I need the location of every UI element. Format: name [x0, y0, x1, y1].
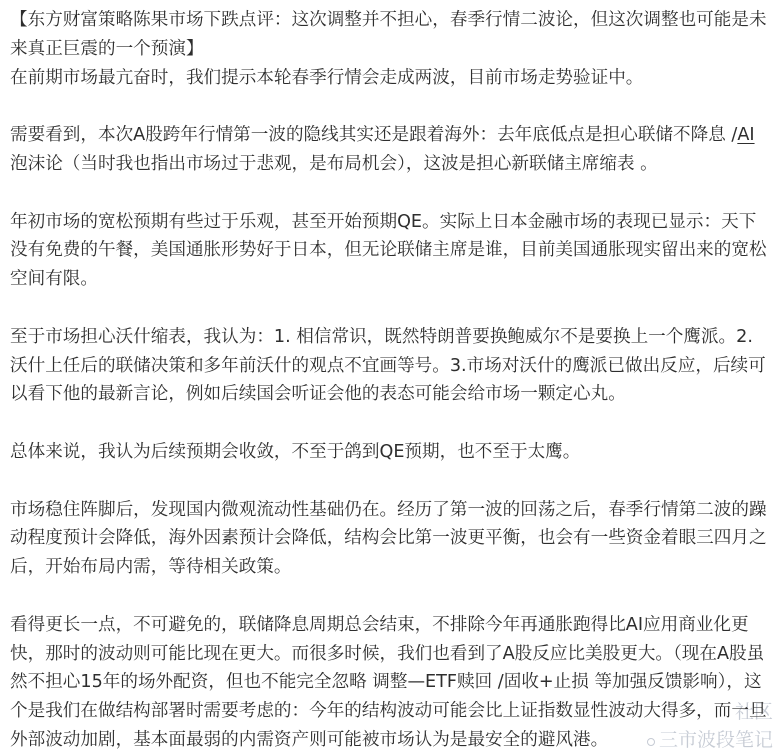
- ai-underlined-text: AI: [737, 125, 754, 145]
- paragraph-warsh-views: 至于市场担心沃什缩表，我认为：1. 相信常识，既然特朗普要换鲍威尔不是要换上一个…: [10, 323, 771, 409]
- paragraph-easing-expectation: 年初市场的宽松预期有些过于乐观，甚至开始预期QE。实际上日本金融市场的表现已显示…: [10, 208, 771, 294]
- page-title: 【东方财富策略陈果市场下跌点评：这次调整并不担心，春季行情二波论，但这次调整也可…: [10, 6, 771, 64]
- paragraph-overseas: 需要看到，本次A股跨年行情第一波的隐线其实还是跟着海外：去年底低点是担心联储不降…: [10, 121, 771, 179]
- paragraph-second-wave: 市场稳住阵脚后，发现国内微观流动性基础仍在。经历了第一波的回荡之后，春季行情第二…: [10, 496, 771, 582]
- paragraph-overseas-post: 泡沫论（当时我也指出市场过于悲观，是布局机会），这波是担心新联储主席缩表 。: [10, 154, 658, 174]
- paragraph-overall-view: 总体来说，我认为后续预期会收敛，不至于鸽到QE预期，也不至于太鹰。: [10, 438, 771, 467]
- article-body: 【东方财富策略陈果市场下跌点评：这次调整并不担心，春季行情二波论，但这次调整也可…: [0, 0, 780, 755]
- paragraph-intro: 在前期市场最亢奋时，我们提示本轮春季行情会走成两波，目前市场走势验证中。: [10, 64, 771, 93]
- paragraph-long-term: 看得更长一点，不可避免的，联储降息周期总会结束，不排除今年再通胀跑得比AI应用商…: [10, 611, 771, 755]
- paragraph-overseas-pre: 需要看到，本次A股跨年行情第一波的隐线其实还是跟着海外：去年底低点是担心联储不降…: [10, 125, 737, 145]
